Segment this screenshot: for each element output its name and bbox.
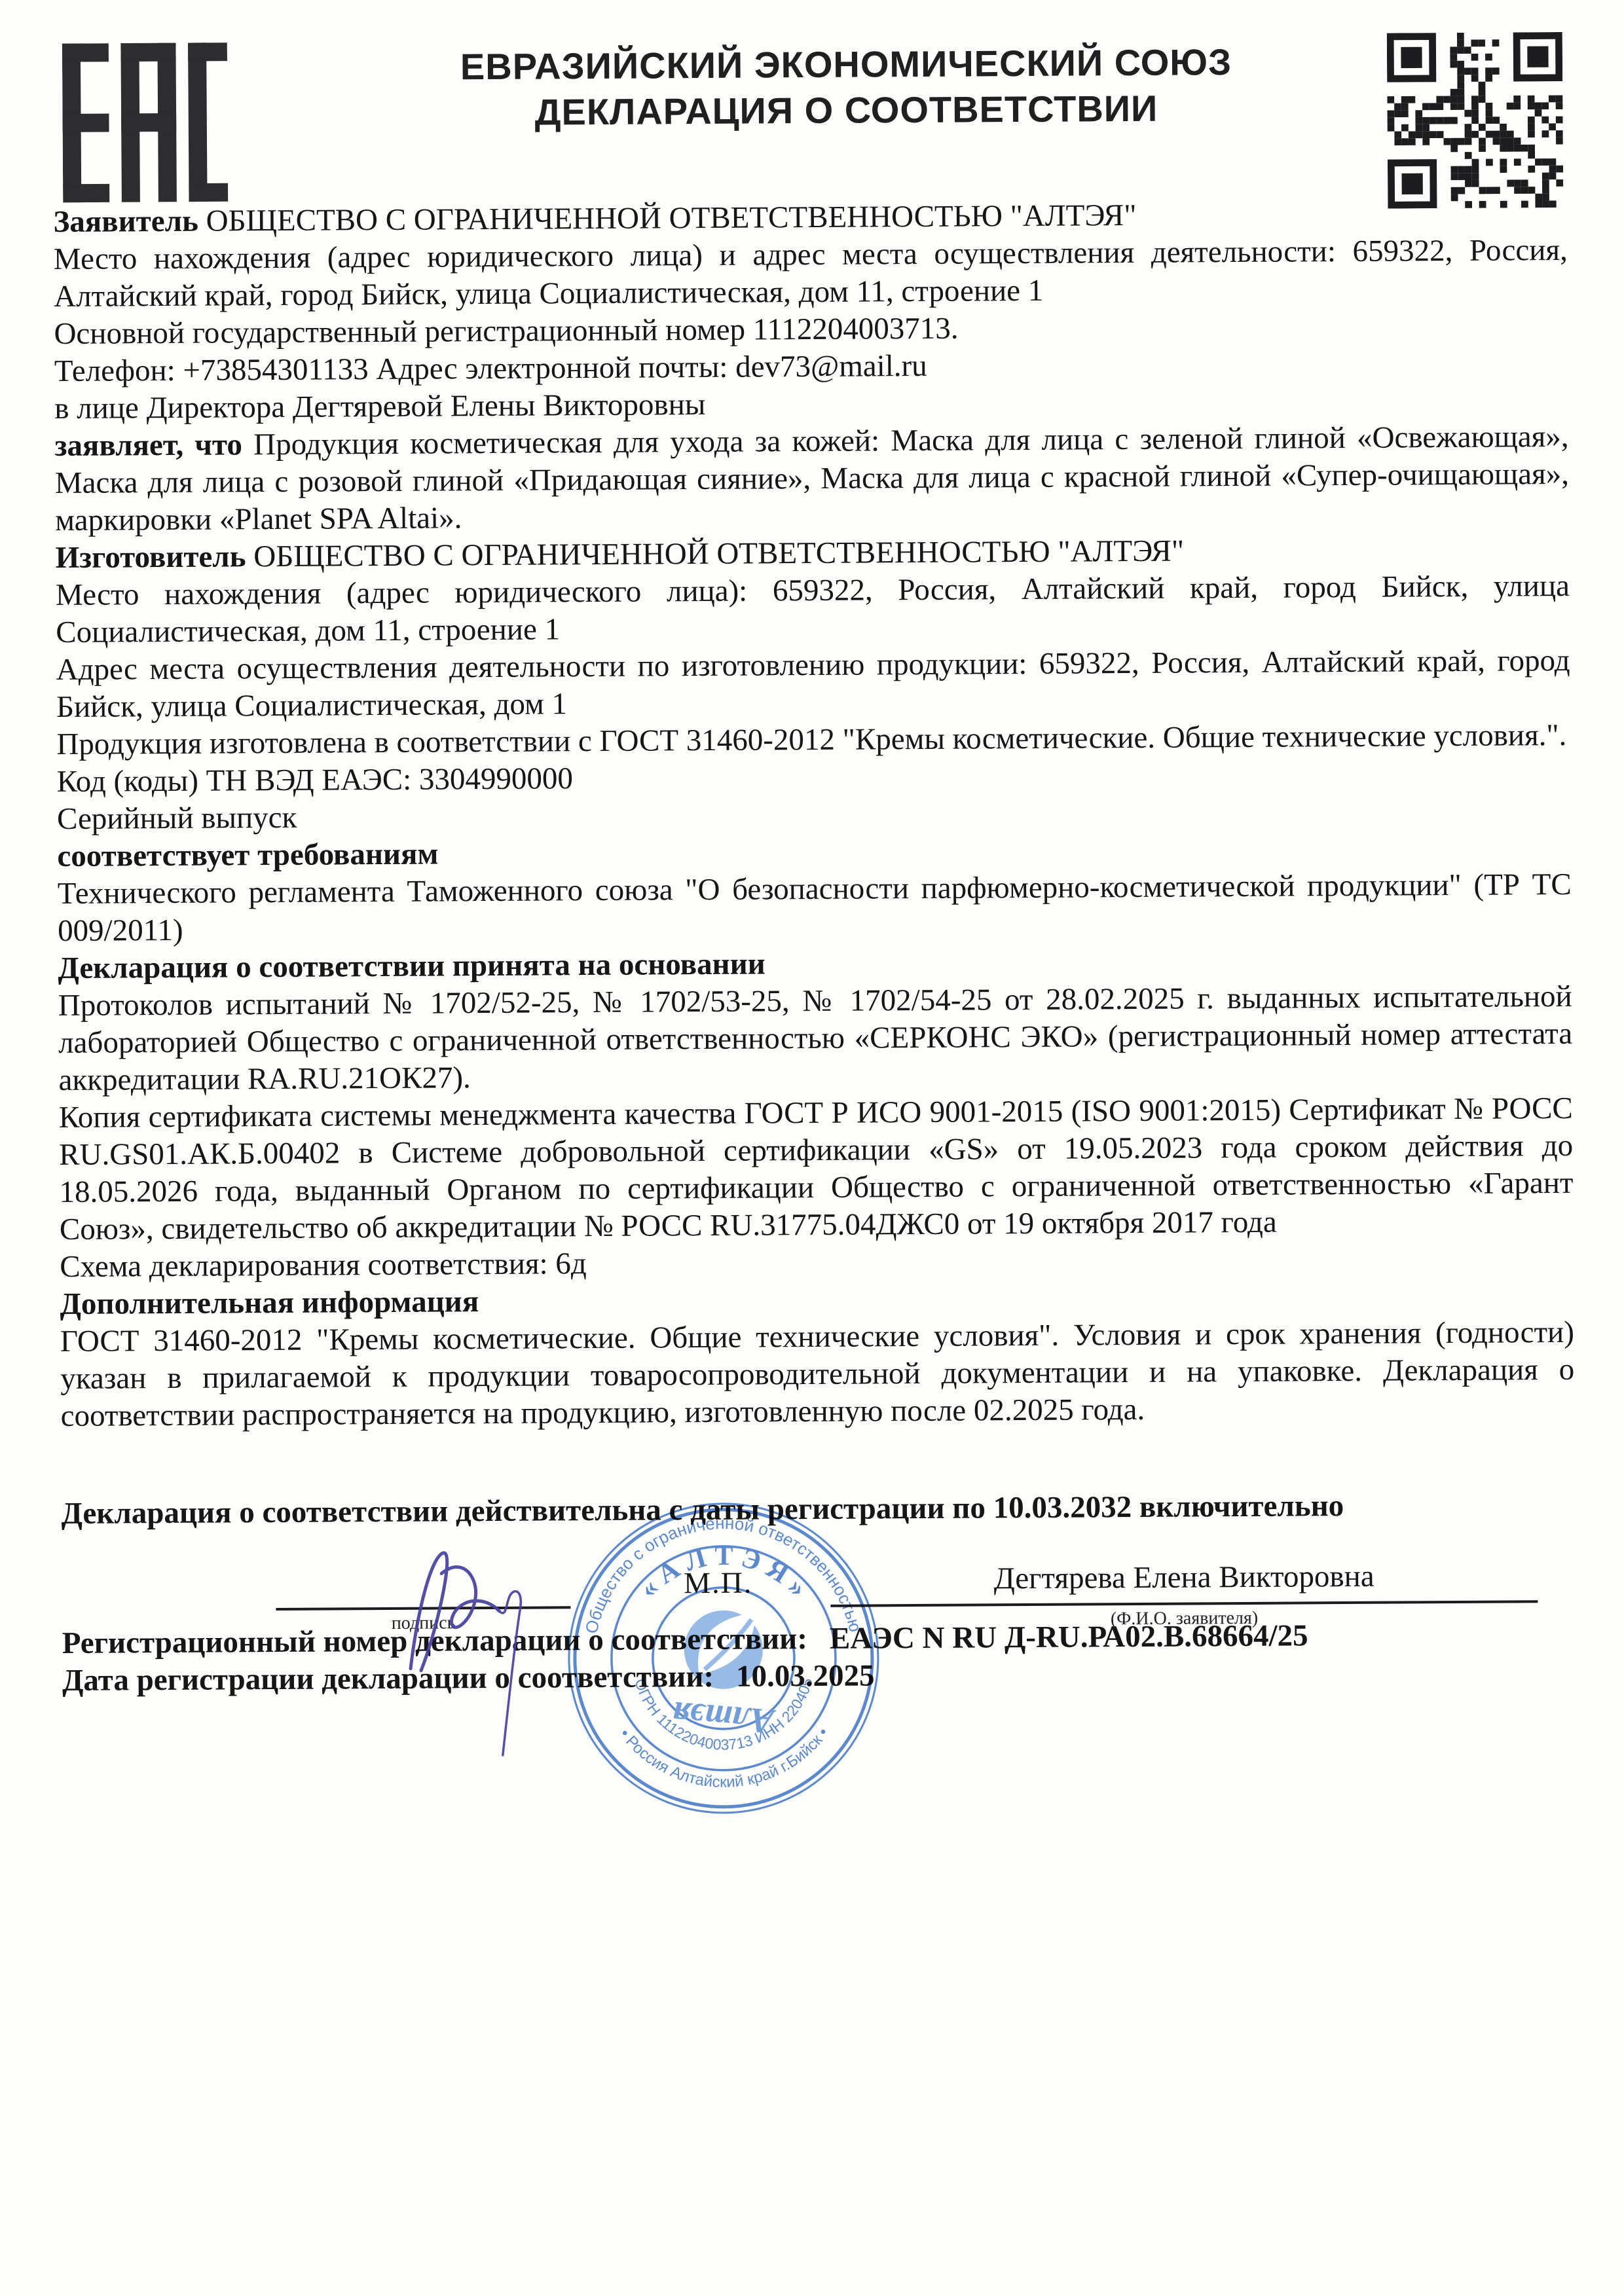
applicant-name: Дегтярева Елена Викторовна — [830, 1558, 1538, 1597]
paragraph-lead: соответствует требованиям — [57, 837, 438, 873]
company-stamp: Общество с ограниченной ответственностью… — [564, 1499, 882, 1817]
paragraph: Технического регламента Таможенного союз… — [58, 866, 1572, 950]
paragraph-lead: Декларация о соответствии принята на осн… — [58, 947, 766, 985]
eac-mark-icon: ЕАС — [62, 37, 229, 208]
paragraph-lead: Заявитель — [53, 204, 198, 239]
document-header: ЕВРАЗИЙСКИЙ ЭКОНОМИЧЕСКИЙ СОЮЗ ДЕКЛАРАЦИ… — [414, 39, 1279, 136]
leaf-logo-icon — [684, 1610, 763, 1689]
qr-code-icon: qr-code — [1387, 32, 1564, 209]
page-subtitle: ДЕКЛАРАЦИЯ О СООТВЕТСТВИИ — [414, 85, 1278, 136]
paragraph-lead: Дополнительная информация — [60, 1285, 479, 1321]
stamp-center-wordmark: Алтэя — [671, 1694, 777, 1742]
paragraph: ГОСТ 31460-2012 "Кремы косметические. Об… — [60, 1314, 1575, 1435]
paragraph-lead: заявляет, что — [54, 428, 242, 463]
handwritten-signature — [371, 1527, 581, 1764]
declaration-document: ЕАС ЕВРАЗИЙСКИЙ ЭКОНОМИЧЕСКИЙ СОЮЗ ДЕКЛА… — [0, 0, 1624, 2296]
body-text: Заявитель ОБЩЕСТВО С ОГРАНИЧЕННОЙ ОТВЕТС… — [53, 194, 1574, 1435]
paragraph: Место нахождения (адрес юридического лиц… — [54, 232, 1568, 316]
page-title: ЕВРАЗИЙСКИЙ ЭКОНОМИЧЕСКИЙ СОЮЗ — [414, 39, 1278, 90]
paragraph: Место нахождения (адрес юридического лиц… — [56, 568, 1570, 651]
paragraph: заявляет, что Продукция косметическая дл… — [54, 418, 1569, 539]
paragraph: Адрес места осуществления деятельности п… — [56, 642, 1570, 726]
paragraph: Копия сертификата системы менеджмента ка… — [59, 1090, 1574, 1248]
scan-tilt-wrapper: ЕАС ЕВРАЗИЙСКИЙ ЭКОНОМИЧЕСКИЙ СОЮЗ ДЕКЛА… — [0, 0, 1624, 2296]
paragraph-lead: Изготовитель — [55, 539, 246, 575]
registration-number-value: ЕАЭС N RU Д-RU.РА02.В.68664/25 — [830, 1618, 1308, 1655]
paragraph: Протоколов испытаний № 1702/52-25, № 170… — [58, 978, 1573, 1099]
